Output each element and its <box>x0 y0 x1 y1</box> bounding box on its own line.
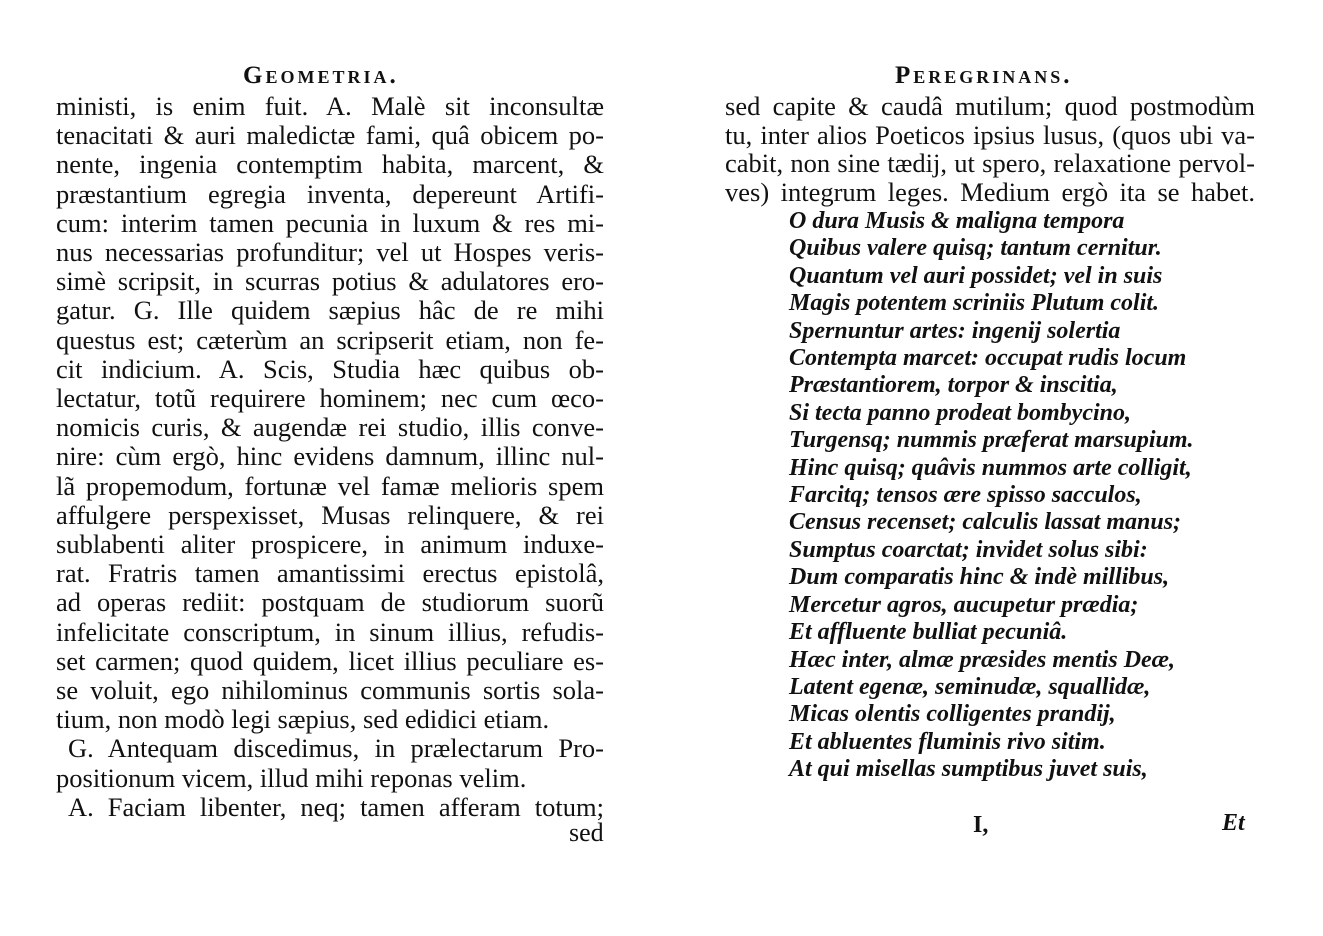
text-line: sublabenti aliter prospicere, in animum … <box>56 530 604 559</box>
verse-line: Mercetur agros, aucupetur prædia; <box>789 592 1194 619</box>
verse-line: Et abluentes fluminis rivo sitim. <box>789 729 1194 756</box>
verse-line: Latent egenæ, seminudæ, squallidæ, <box>789 674 1194 701</box>
verse-line: Micas olentis colligentes prandij, <box>789 701 1194 728</box>
text-line: A. Faciam libenter, neq; tamen afferam t… <box>56 793 604 822</box>
verse-line: Hinc quisq; quâvis nummos arte colligit, <box>789 455 1194 482</box>
text-line: ves) integrum leges. Medium ergò ita se … <box>725 178 1255 207</box>
text-line: nente, ingenia contemptim habita, marcen… <box>56 150 604 179</box>
text-line: rat. Fratris tamen amantissimi erectus e… <box>56 559 604 588</box>
right-page-prose: sed capite & caudâ mutilum; quod postmod… <box>725 92 1255 206</box>
text-line: positionum vicem, illud mihi reponas vel… <box>56 764 604 793</box>
verse-line: Turgensq; nummis præferat marsupium. <box>789 427 1194 454</box>
left-page-body: ministi, is enim fuit. A. Malè sit incon… <box>56 92 604 822</box>
verse-line: Præstantiorem, torpor & inscitia, <box>789 372 1194 399</box>
text-line: cum: interim tamen pecunia in luxum & re… <box>56 209 604 238</box>
text-line: cit indicium. A. Scis, Studia hæc quibus… <box>56 355 604 384</box>
verse-line: Dum comparatis hinc & indè millibus, <box>789 564 1194 591</box>
verse-line: Sumptus coarctat; invidet solus sibi: <box>789 537 1194 564</box>
text-line: lã propemodum, fortunæ vel famæ melioris… <box>56 472 604 501</box>
text-line: cabit, non sine tædij, ut spero, relaxat… <box>725 149 1255 178</box>
poem-verse: O dura Musis & maligna tempora Quibus va… <box>789 208 1194 784</box>
text-line: tium, non modò legi sæpius, sed edidici … <box>56 705 604 734</box>
text-line: set carmen; quod quidem, licet illius pe… <box>56 647 604 676</box>
verse-line: O dura Musis & maligna tempora <box>789 208 1194 235</box>
text-line: nire: cùm ergò, hinc evidens damnum, ill… <box>56 442 604 471</box>
text-line: lectatur, totũ requirere hominem; nec cu… <box>56 384 604 413</box>
right-page: Peregrinans. sed capite & caudâ mutilum;… <box>661 0 1323 936</box>
verse-line: Census recenset; calculis lassat manus; <box>789 509 1194 536</box>
catchword-right: Et <box>1222 810 1245 837</box>
verse-line: Contempta marcet: occupat rudis locum <box>789 345 1194 372</box>
verse-line: Et affluente bulliat pecuniâ. <box>789 619 1194 646</box>
text-line: se voluit, ego nihilominus communis sort… <box>56 676 604 705</box>
text-line: præstantium egregia inventa, depereunt A… <box>56 180 604 209</box>
left-page: Geometria. ministi, is enim fuit. A. Mal… <box>0 0 661 936</box>
text-line: gatur. G. Ille quidem sæpius hâc de re m… <box>56 296 604 325</box>
text-line: nomicis curis, & augendæ rei studio, ill… <box>56 413 604 442</box>
text-line: ad operas rediit: postquam de studiorum … <box>56 588 604 617</box>
verse-line: Magis potentem scriniis Plutum colit. <box>789 290 1194 317</box>
verse-line: Quantum vel auri possidet; vel in suis <box>789 263 1194 290</box>
text-line: G. Antequam discedimus, in prælectarum P… <box>56 734 604 763</box>
signature-mark: I, <box>973 812 988 839</box>
text-line: tu, inter alios Poeticos ipsius lusus, (… <box>725 121 1255 150</box>
verse-line: Farcitq; tensos ære spisso sacculos, <box>789 482 1194 509</box>
running-head-left: Geometria. <box>243 62 399 90</box>
verse-line: Spernuntur artes: ingenij solertia <box>789 318 1194 345</box>
text-line: tenacitati & auri maledictæ fami, quâ ob… <box>56 121 604 150</box>
text-line: affulgere perspexisset, Musas relinquere… <box>56 501 604 530</box>
text-line: nus necessarias profunditur; vel ut Hosp… <box>56 238 604 267</box>
running-head-right: Peregrinans. <box>895 62 1073 90</box>
verse-line: Quibus valere quisq; tantum cernitur. <box>789 235 1194 262</box>
verse-line: Si tecta panno prodeat bombycino, <box>789 400 1194 427</box>
text-line: ministi, is enim fuit. A. Malè sit incon… <box>56 92 604 121</box>
text-line: sed capite & caudâ mutilum; quod postmod… <box>725 92 1255 121</box>
verse-line: Hæc inter, almæ præsides mentis Deæ, <box>789 647 1194 674</box>
verse-line: At qui misellas sumptibus juvet suis, <box>789 756 1194 783</box>
text-line: infelicitate conscriptum, in sinum illiu… <box>56 618 604 647</box>
text-line: simè scripsit, in scurras potius & adula… <box>56 267 604 296</box>
catchword-left: sed <box>569 818 604 848</box>
text-line: questus est; cæterùm an scripserit etiam… <box>56 326 604 355</box>
